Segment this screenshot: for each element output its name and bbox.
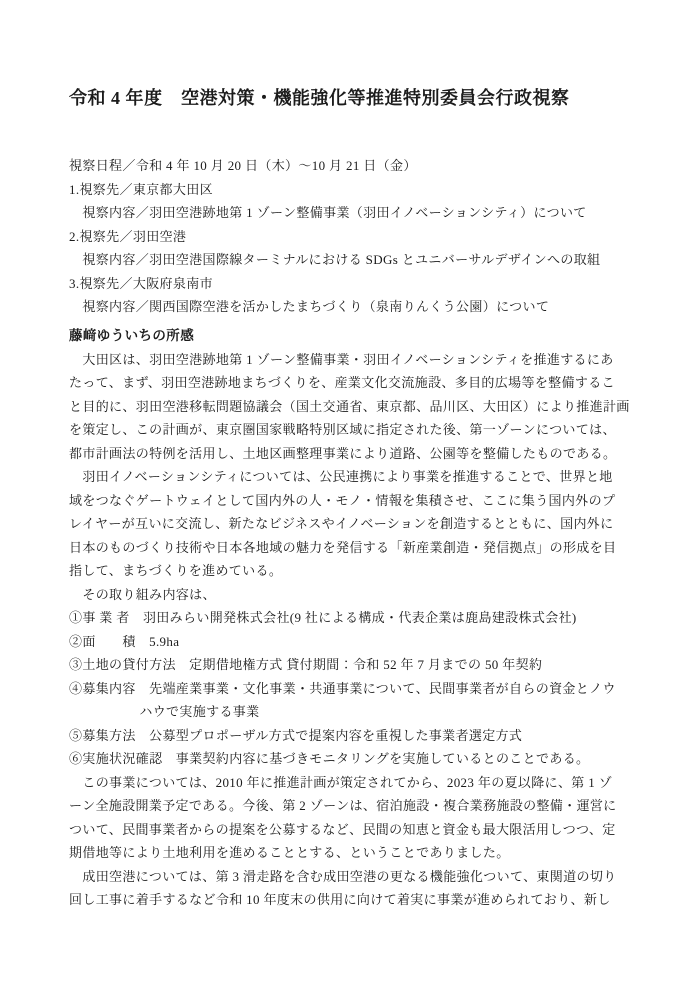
body-line: 羽田イノベーションシティについては、公民連携により事業を推進することで、世界と地 (69, 465, 634, 489)
schedule-content-2: 視察内容／羽田空港国際線ターミナルにおける SDGs とユニバーサルデザインへの… (69, 248, 634, 272)
body-line: この事業については、2010 年に推進計画が策定されてから、2023 年の夏以降… (69, 771, 634, 795)
impressions-heading: 藤﨑ゆういちの所感 (69, 324, 634, 348)
list-item-recruitment-content: ④募集内容 先端産業事業・文化事業・共通事業について、民間事業者が自らの資金とノ… (69, 677, 634, 701)
list-item-operator: ①事 業 者 羽田みらい開発株式会社(9 社による構成・代表企業は鹿島建設株式会… (69, 606, 634, 630)
document-page: 令和 4 年度 空港対策・機能強化等推進特別委員会行政視察 視察日程／令和 4 … (0, 0, 700, 991)
schedule-destination-3: 3.視察先／大阪府泉南市 (69, 272, 634, 296)
body-line: 期借地等により土地利用を進めることとする、ということでありました。 (69, 841, 634, 865)
schedule-destination-1: 1.視察先／東京都大田区 (69, 178, 634, 202)
schedule-content-1: 視察内容／羽田空港跡地第 1 ゾーン整備事業（羽田イノベーションシティ）について (69, 201, 634, 225)
body-line: 成田空港については、第 3 滑走路を含む成田空港の更なる機能強化ついて、東関道の… (69, 865, 634, 889)
schedule-date-line: 視察日程／令和 4 年 10 月 20 日（木）～10 月 21 日（金） (69, 154, 634, 178)
body-line: ついて、民間事業者からの提案を公募するなど、民間の知恵と資金も最大限活用しつつ、… (69, 818, 634, 842)
body-line: ーン全施設開業予定である。今後、第 2 ゾーンは、宿泊施設・複合業務施設の整備・… (69, 794, 634, 818)
list-item-recruitment-method: ⑤募集方法 公募型プロポーザル方式で提案内容を重視した事業者選定方式 (69, 724, 634, 748)
schedule-content-3: 視察内容／関西国際空港を活かしたまちづくり（泉南りんくう公園）について (69, 295, 634, 319)
list-item-status-check: ⑥実施状況確認 事業契約内容に基づきモニタリングを実施しているとのことである。 (69, 747, 634, 771)
body-line: 域をつなぐゲートウェイとして国内外の人・モノ・情報を集積させ、ここに集う国内外の… (69, 489, 634, 513)
body-line: 大田区は、羽田空港跡地第 1 ゾーン整備事業・羽田イノベーションシティを推進する… (69, 348, 634, 372)
list-item-area: ②面 積 5.9ha (69, 630, 634, 654)
body-line: 日本のものづくり技術や日本各地域の魅力を発信する「新産業創造・発信拠点」の形成を… (69, 536, 634, 560)
body-line: たって、まず、羽田空港跡地まちづくりを、産業文化交流施設、多目的広場等を整備する… (69, 371, 634, 395)
body-line: 回し工事に着手するなど令和 10 年度末の供用に向けて着実に事業が進められており… (69, 888, 634, 912)
list-item-lease-method: ③土地の貸付方法 定期借地権方式 貸付期間：令和 52 年 7 月までの 50 … (69, 653, 634, 677)
schedule-destination-2: 2.視察先／羽田空港 (69, 225, 634, 249)
list-item-recruitment-content-cont: ハウで実施する事業 (69, 700, 634, 724)
inspection-schedule: 視察日程／令和 4 年 10 月 20 日（木）～10 月 21 日（金） 1.… (69, 154, 634, 319)
body-line: 都市計画法の特例を活用し、土地区画整理事業により道路、公園等を整備したものである… (69, 442, 634, 466)
body-line: を策定し、この計画が、東京圏国家戦略特別区域に指定された後、第一ゾーンについては… (69, 418, 634, 442)
body-line: と目的に、羽田空港移転問題協議会（国土交通省、東京都、品川区、大田区）により推進… (69, 395, 634, 419)
impressions-body: 大田区は、羽田空港跡地第 1 ゾーン整備事業・羽田イノベーションシティを推進する… (69, 348, 634, 912)
body-line: 指して、まちづくりを進めている。 (69, 559, 634, 583)
document-title: 令和 4 年度 空港対策・機能強化等推進特別委員会行政視察 (69, 86, 634, 110)
body-line: その取り組み内容は、 (69, 583, 634, 607)
body-line: レイヤーが互いに交流し、新たなビジネスやイノベーションを創造するとともに、国内外… (69, 512, 634, 536)
